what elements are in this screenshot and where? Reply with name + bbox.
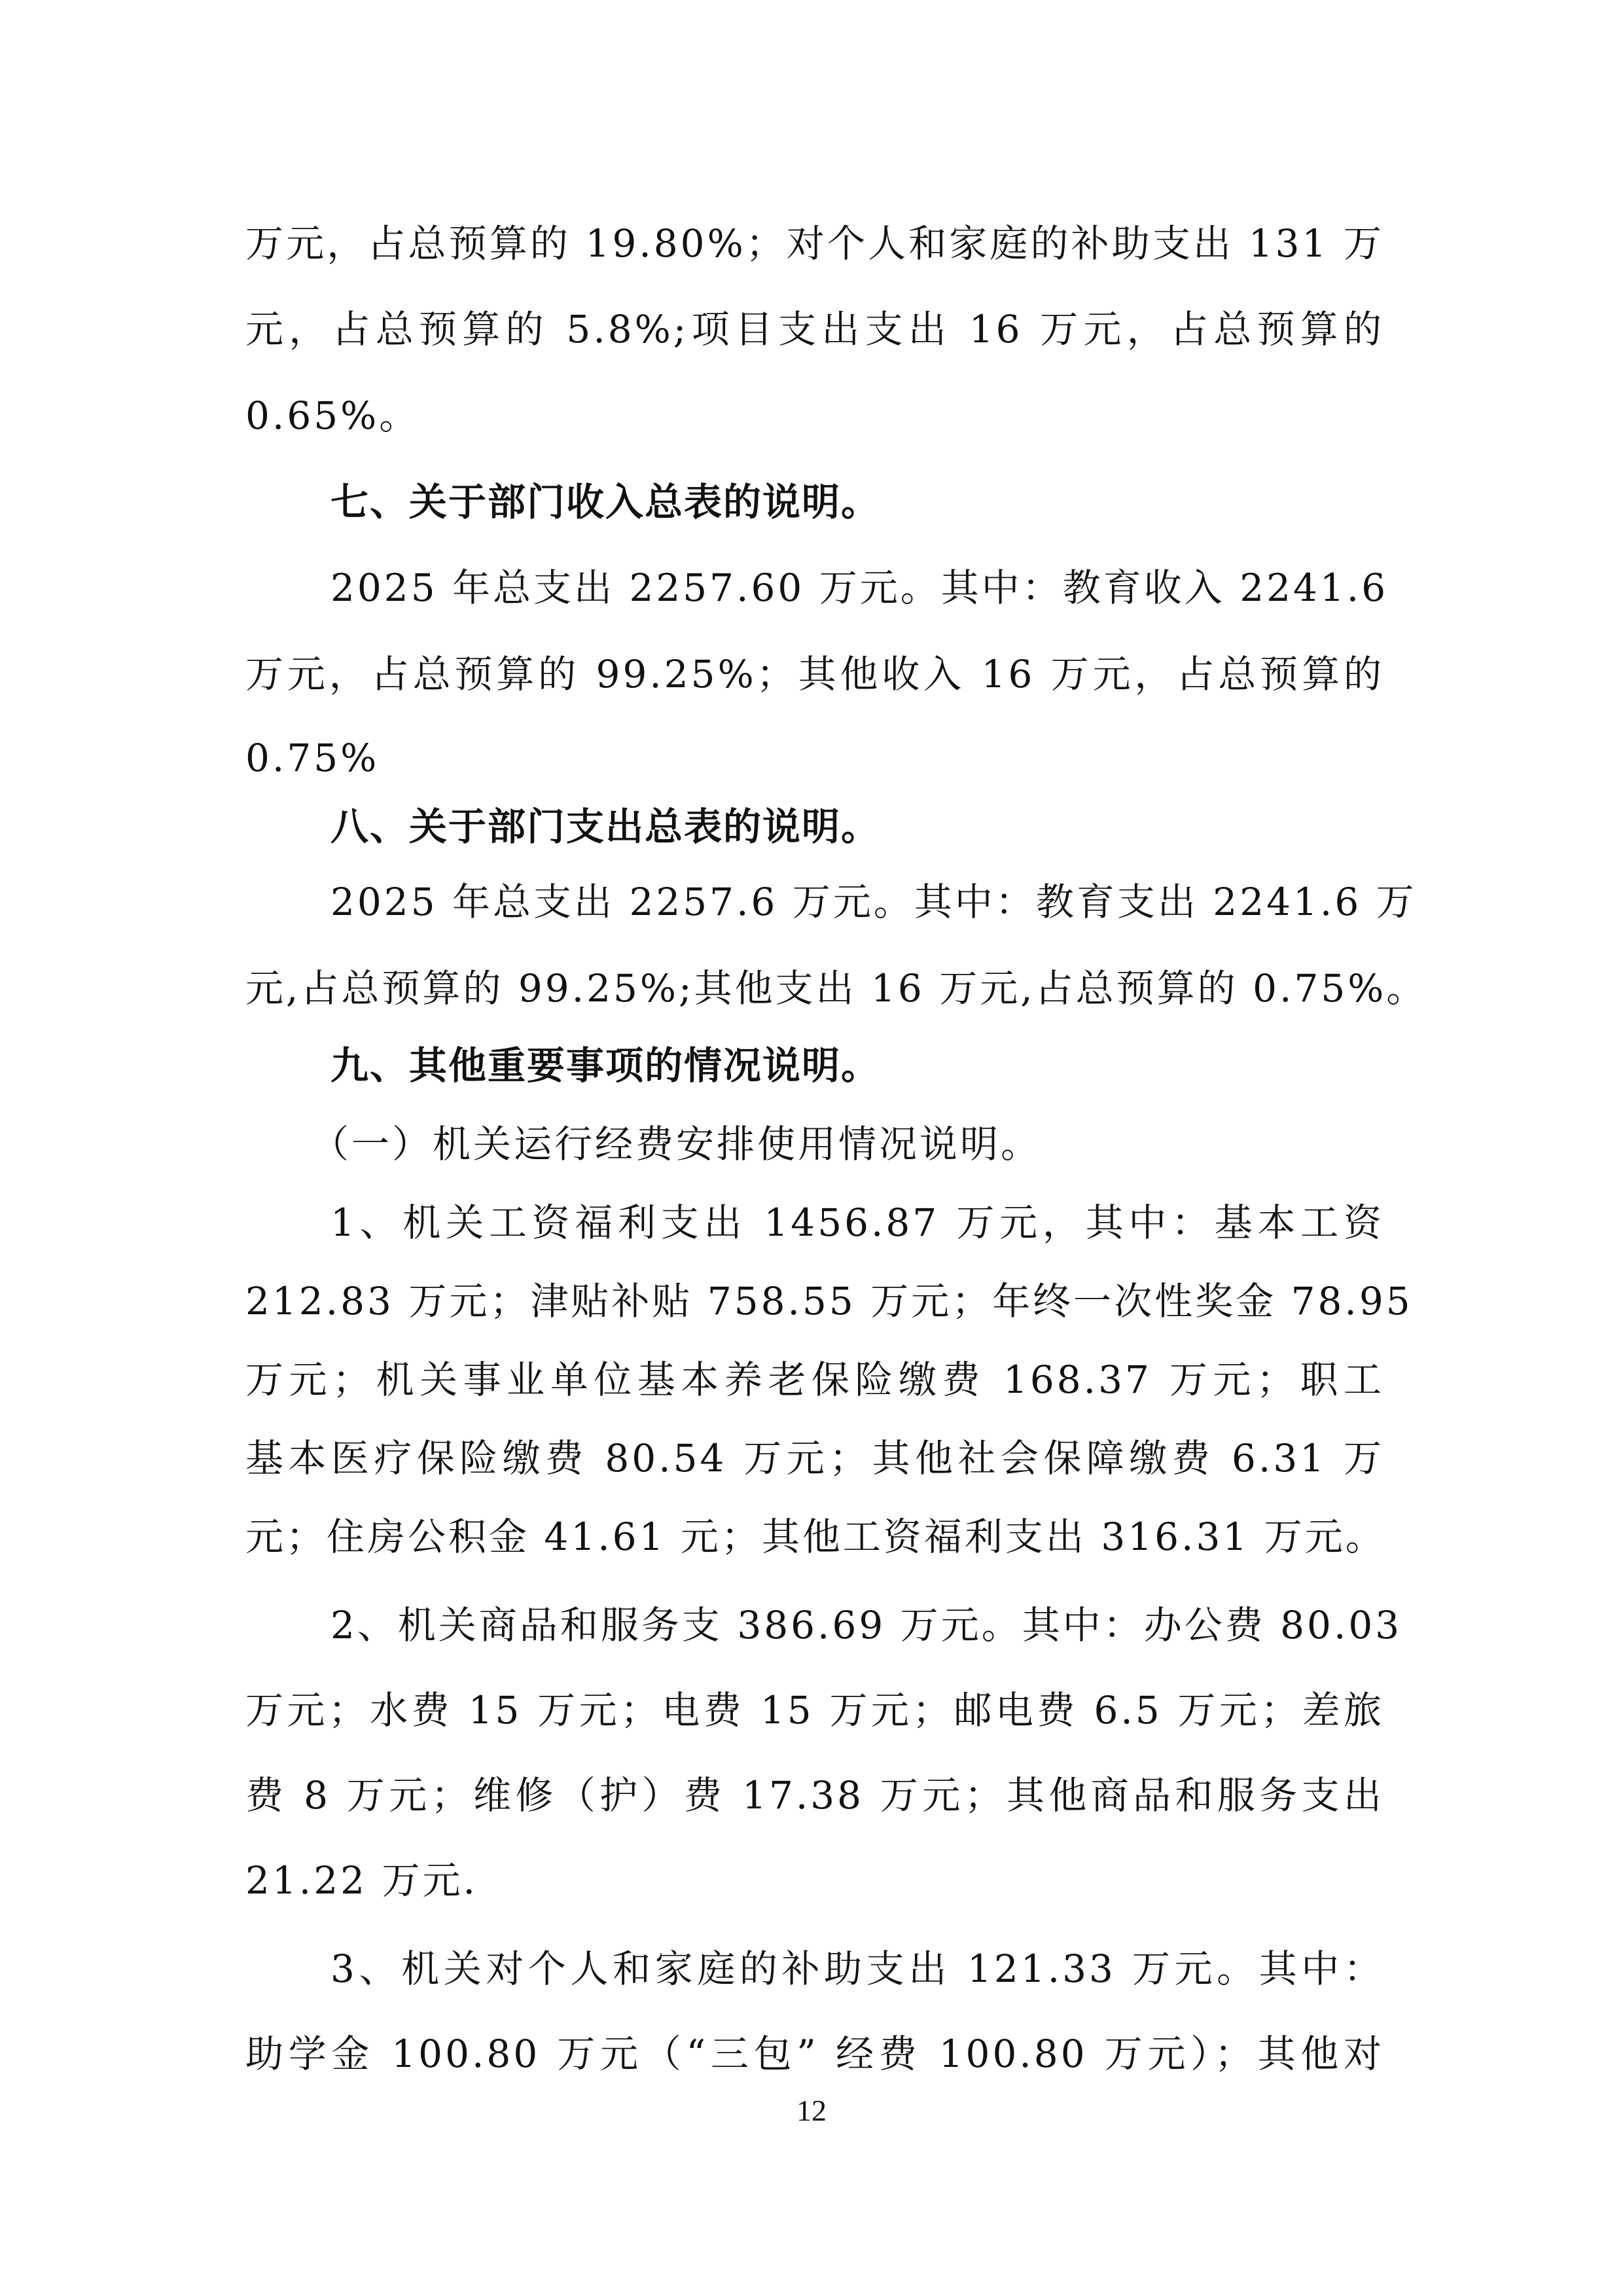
paragraph-line: 2、机关商品和服务支 386.69 万元。其中：办公费 80.03 xyxy=(330,1599,1384,1651)
paragraph-line: 元；住房公积金 41.61 元；其他工资福利支出 316.31 万元。 xyxy=(245,1511,1384,1563)
subsection-heading-1: （一）机关运行经费安排使用情况说明。 xyxy=(311,1118,1364,1170)
paragraph-line: 基本医疗保险缴费 80.54 万元；其他社会保障缴费 6.31 万 xyxy=(245,1432,1384,1484)
paragraph-line: 万元，占总预算的 99.25%；其他收入 16 万元，占总预算的 xyxy=(245,648,1384,700)
paragraph-line: 21.22 万元. xyxy=(245,1854,1384,1907)
section-heading-7: 七、关于部门收入总表的说明。 xyxy=(330,476,1384,528)
section-heading-8: 八、关于部门支出总表的说明。 xyxy=(330,800,1384,853)
paragraph-line: 万元，占总预算的 19.80%；对个人和家庭的补助支出 131 万 xyxy=(245,217,1384,270)
paragraph-line: 0.75% xyxy=(245,732,1384,784)
paragraph-line: 万元；水费 15 万元；电费 15 万元；邮电费 6.5 万元；差旅 xyxy=(245,1684,1384,1736)
paragraph-line: 1、机关工资福利支出 1456.87 万元，其中：基本工资 xyxy=(330,1196,1384,1249)
paragraph-line: 助学金 100.80 万元（“三包” 经费 100.80 万元）；其他对 xyxy=(245,2028,1384,2080)
section-heading-9: 九、其他重要事项的情况说明。 xyxy=(330,1039,1384,1092)
paragraph-line: 万元；机关事业单位基本养老保险缴费 168.37 万元；职工 xyxy=(245,1354,1384,1406)
paragraph-line: 元，占总预算的 5.8%;项目支出支出 16 万元，占总预算的 xyxy=(245,303,1384,355)
paragraph-line: 2025 年总支出 2257.60 万元。其中：教育收入 2241.6 xyxy=(330,562,1384,614)
paragraph-line: 0.65%。 xyxy=(245,389,1384,442)
paragraph-line: 3、机关对个人和家庭的补助支出 121.33 万元。其中： xyxy=(330,1943,1384,1995)
page-number: 12 xyxy=(0,2091,1623,2130)
paragraph-line: 费 8 万元；维修（护）费 17.38 万元；其他商品和服务支出 xyxy=(245,1769,1384,1821)
paragraph-line: 212.83 万元；津贴补贴 758.55 万元；年终一次性奖金 78.95 xyxy=(245,1275,1384,1327)
paragraph-line: 元,占总预算的 99.25%;其他支出 16 万元,占总预算的 0.75%。 xyxy=(245,962,1384,1014)
paragraph-line: 2025 年总支出 2257.6 万元。其中：教育支出 2241.6 万 xyxy=(330,876,1384,928)
document-page: 万元，占总预算的 19.80%；对个人和家庭的补助支出 131 万 元，占总预算… xyxy=(0,0,1623,2296)
